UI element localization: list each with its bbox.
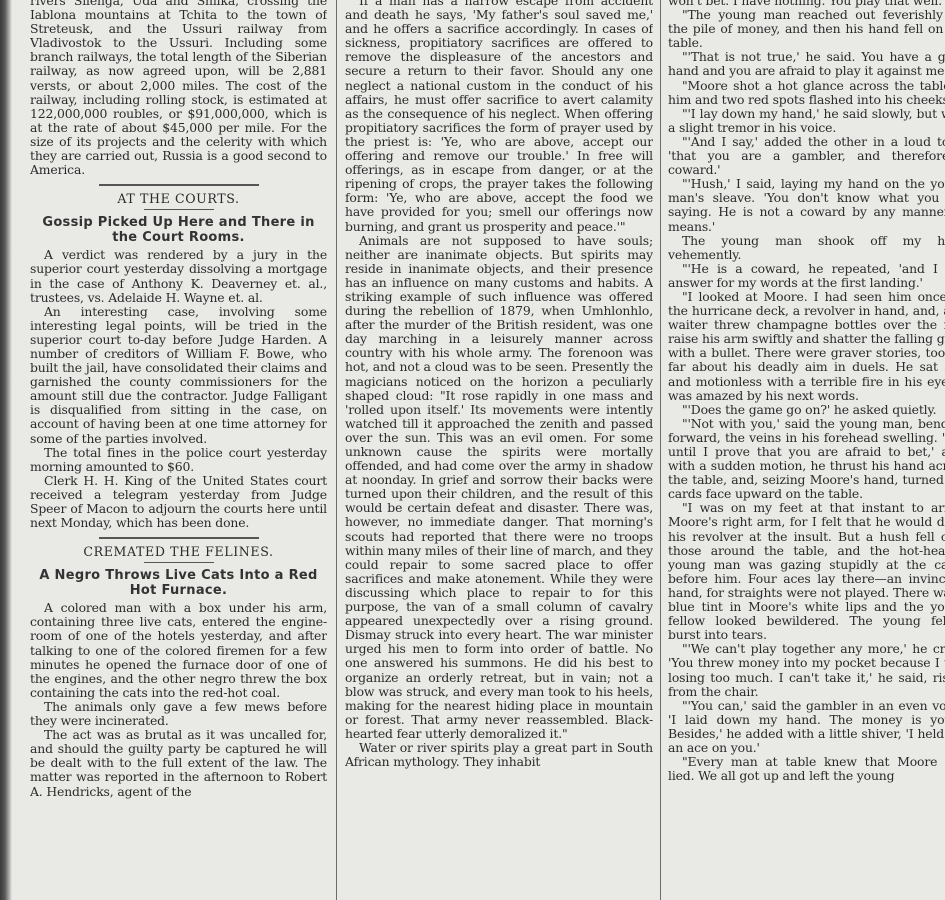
- story-paragraph: "I was on my feet at that instant to arr…: [668, 501, 945, 642]
- siberian-railway-paragraph: rivers Silenga, Uda and Shilka, crossing…: [30, 0, 327, 177]
- article-paragraph: If a man has a narrow escape from accide…: [345, 0, 653, 234]
- headline-at-the-courts: AT THE COURTS.: [30, 192, 327, 206]
- story-paragraph: "'Does the game go on?' he asked quietly…: [668, 403, 945, 417]
- column-3: won't bet. I have nothing. You play that…: [668, 0, 945, 783]
- article-paragraph: Animals are not supposed to have souls; …: [345, 234, 653, 741]
- story-paragraph: "'Hush,' I said, laying my hand on the y…: [668, 177, 945, 233]
- story-paragraph: "'That is not true,' he said. You have a…: [668, 50, 945, 78]
- story-paragraph: "Every man at table knew that Moore had …: [668, 755, 945, 783]
- page-binding-edge: [0, 0, 12, 900]
- article-separator: [99, 184, 259, 186]
- article-paragraph: An interesting case, involving some inte…: [30, 305, 327, 446]
- article-paragraph: The animals only gave a few mews before …: [30, 700, 327, 728]
- story-paragraph: "'You can,' said the gambler in an even …: [668, 699, 945, 755]
- article-separator: [99, 537, 259, 539]
- column-2: If a man has a narrow escape from accide…: [345, 0, 653, 769]
- subheadline-courts: Gossip Picked Up Here and There in the C…: [30, 215, 327, 245]
- article-paragraph: The total fines in the police court yest…: [30, 446, 327, 474]
- article-paragraph: Clerk H. H. King of the United States co…: [30, 474, 327, 530]
- column-rule: [660, 0, 661, 900]
- story-paragraph: "'He is a coward, he repeated, 'and I wi…: [668, 262, 945, 290]
- story-paragraph: "'Not with you,' said the young man, ben…: [668, 417, 945, 502]
- article-paragraph: A colored man with a box under his arm, …: [30, 601, 327, 700]
- story-paragraph: "'I lay down my hand,' he said slowly, b…: [668, 107, 945, 135]
- story-paragraph: "Moore shot a hot glance across the tabl…: [668, 79, 945, 107]
- story-paragraph: "'We can't play together any more,' he c…: [668, 642, 945, 698]
- headline-rule: [144, 562, 214, 563]
- subheadline-felines: A Negro Throws Live Cats Into a Red Hot …: [30, 568, 327, 598]
- story-paragraph: "The young man reached out feverishly fo…: [668, 8, 945, 50]
- article-paragraph: The act was as brutal as it was uncalled…: [30, 728, 327, 798]
- story-paragraph: The young man shook off my hand vehement…: [668, 234, 945, 262]
- story-paragraph: "I looked at Moore. I had seen him once …: [668, 290, 945, 403]
- story-paragraph: "'And I say,' added the other in a loud …: [668, 135, 945, 177]
- column-rule: [336, 0, 337, 900]
- headline-cremated-the-felines: CREMATED THE FELINES.: [30, 545, 327, 559]
- article-paragraph: A verdict was rendered by a jury in the …: [30, 248, 327, 304]
- headline-rule: [144, 209, 214, 210]
- article-paragraph: Water or river spirits play a great part…: [345, 741, 653, 769]
- column-1: rivers Silenga, Uda and Shilka, crossing…: [30, 0, 327, 799]
